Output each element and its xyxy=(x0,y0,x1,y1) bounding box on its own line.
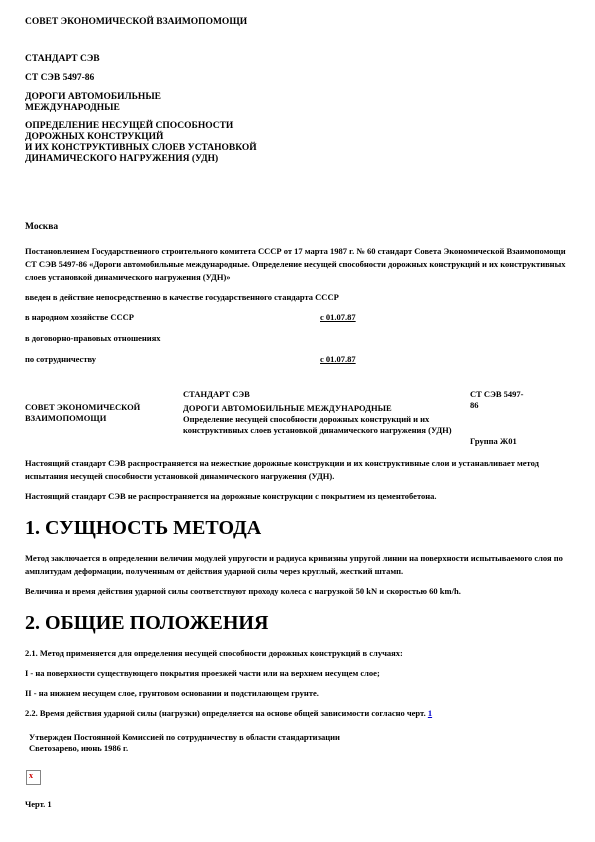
doc-subtitle-line-4: ДИНАМИЧЕСКОГО НАГРУЖЕНИЯ (УДН) xyxy=(25,154,570,165)
document-page: СОВЕТ ЭКОНОМИЧЕСКОЙ ВЗАИМОПОМОЩИ СТАНДАР… xyxy=(0,0,595,811)
figure-caption: Черт. 1 xyxy=(25,798,570,811)
doc-title-line-1: ДОРОГИ АВТОМОБИЛЬНЫЕ xyxy=(25,92,570,103)
doc-subtitle-line-1: ОПРЕДЕЛЕНИЕ НЕСУЩЕЙ СПОСОБНОСТИ xyxy=(25,121,570,132)
doc-subtitle: ОПРЕДЕЛЕНИЕ НЕСУЩЕЙ СПОСОБНОСТИ ДОРОЖНЫХ… xyxy=(25,121,570,165)
section-1-heading: 1. СУЩНОСТЬ МЕТОДА xyxy=(25,517,570,540)
header-org-cell: СОВЕТ ЭКОНОМИЧЕСКОЙ ВЗАИМОПОМОЩИ xyxy=(25,389,177,447)
approval-note: Утвержден Постоянной Комиссией по сотруд… xyxy=(29,732,570,754)
effective-date-cooperation-link[interactable]: с 01.07.87 xyxy=(320,353,356,366)
approval-note-line-1: Утвержден Постоянной Комиссией по сотруд… xyxy=(29,732,570,743)
figure-1-link[interactable]: 1 xyxy=(428,708,432,718)
standard-label: СТАНДАРТ СЭВ xyxy=(25,54,570,65)
header-code-cell: СТ СЭВ 5497-86 Группа Ж01 xyxy=(470,389,570,447)
clause-list-item-1: I - на поверхности существующего покрыти… xyxy=(25,667,570,680)
section-1-paragraph-2: Величина и время действия ударной силы с… xyxy=(25,585,570,598)
section-1-paragraph-1: Метод заключается в определении величин … xyxy=(25,552,570,578)
header-standard-label: СТАНДАРТ СЭВ xyxy=(183,389,461,400)
effective-date-national-link[interactable]: с 01.07.87 xyxy=(320,311,356,324)
section-2-heading: 2. ОБЩИЕ ПОЛОЖЕНИЯ xyxy=(25,612,570,635)
header-group-label: Группа Ж01 xyxy=(470,436,570,447)
header-doc-title: ДОРОГИ АВТОМОБИЛЬНЫЕ МЕЖДУНАРОДНЫЕ xyxy=(183,403,461,414)
doc-title-line-2: МЕЖДУНАРОДНЫЕ xyxy=(25,103,570,114)
scope-paragraph-1: Настоящий стандарт СЭВ распространяется … xyxy=(25,457,570,483)
header-standard-code: СТ СЭВ 5497-86 xyxy=(470,389,526,411)
clause-2-2: 2.2. Время действия ударной силы (нагруз… xyxy=(25,707,570,720)
standard-code: СТ СЭВ 5497-86 xyxy=(25,73,570,84)
doc-title: ДОРОГИ АВТОМОБИЛЬНЫЕ МЕЖДУНАРОДНЫЕ xyxy=(25,92,570,114)
effective-row-cooperation: по сотрудничеству с 01.07.87 xyxy=(25,353,570,366)
enactment-paragraph: введен в действие непосредственно в каче… xyxy=(25,291,570,304)
effective-label-contractual: в договорно-правовых отношениях xyxy=(25,332,320,345)
doc-subtitle-line-3: И ИХ КОНСТРУКТИВНЫХ СЛОЕВ УСТАНОВКОЙ xyxy=(25,143,570,154)
clause-2-2-text: 2.2. Время действия ударной силы (нагруз… xyxy=(25,708,428,718)
header-title-cell: СТАНДАРТ СЭВ ДОРОГИ АВТОМОБИЛЬНЫЕ МЕЖДУН… xyxy=(183,389,461,447)
clause-list-item-2: II - на нижнем несущем слое, грунтовом о… xyxy=(25,687,570,700)
red-x-icon: x xyxy=(29,772,33,780)
effective-row-national: в народном хозяйстве СССР с 01.07.87 xyxy=(25,311,570,324)
effective-label-national: в народном хозяйстве СССР xyxy=(25,311,320,324)
org-header: СОВЕТ ЭКОНОМИЧЕСКОЙ ВЗАИМОПОМОЩИ xyxy=(25,17,570,28)
standard-header-table: СОВЕТ ЭКОНОМИЧЕСКОЙ ВЗАИМОПОМОЩИ СТАНДАР… xyxy=(25,389,570,447)
effective-label-cooperation: по сотрудничеству xyxy=(25,353,320,366)
approval-note-line-2: Светозарево, июнь 1986 г. xyxy=(29,743,570,754)
broken-image-icon: x xyxy=(26,770,41,785)
scope-paragraph-2: Настоящий стандарт СЭВ не распространяет… xyxy=(25,490,570,503)
city-label: Москва xyxy=(25,222,570,233)
doc-subtitle-line-2: ДОРОЖНЫХ КОНСТРУКЦИЙ xyxy=(25,132,570,143)
effective-row-contractual: в договорно-правовых отношениях xyxy=(25,332,570,345)
decree-paragraph: Постановлением Государственного строител… xyxy=(25,245,570,284)
clause-2-1: 2.1. Метод применяется для определения н… xyxy=(25,647,570,660)
header-doc-subtitle: Определение несущей способности дорожных… xyxy=(183,414,461,436)
